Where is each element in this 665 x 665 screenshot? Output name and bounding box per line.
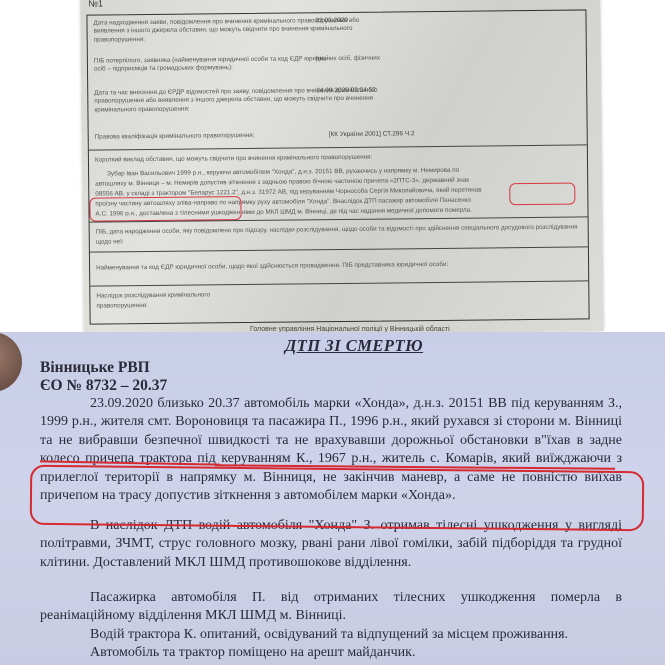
form-divider (90, 246, 588, 252)
form-divider (89, 144, 587, 150)
form-legal-entity-label: Найменування та код ЄДР юридичної особи,… (96, 259, 581, 274)
form-table: Дата надходження заяви, повідомлення про… (86, 9, 589, 324)
form-value-erdr-date: 24.09.2020 09:24:52 (316, 87, 376, 95)
form-value-received-date: 23.09.2020 (315, 17, 348, 24)
form-value-qualification: [КК України 2001] СТ.286 Ч.2 (329, 130, 415, 138)
bulletin-paragraph-passenger-death: Пасажирка автомобіля П. від отриманих ті… (40, 589, 622, 626)
red-annotation-oval-left (89, 196, 241, 222)
form-summary-label: Короткий виклад обставин, що можуть свід… (95, 151, 580, 166)
form-number: №1 (88, 0, 103, 9)
form-photo: №1 Дата надходження заяви, повідомлення … (0, 0, 665, 330)
bulletin-paragraph-vehicles-impounded: Автомобіль та трактор поміщено на арешт … (40, 644, 622, 662)
form-suspect-label: ПІБ, дата народження особи, яку повідомл… (96, 223, 581, 247)
bulletin-case-number: ЄО № 8732 – 20.37 (40, 377, 167, 395)
bulletin-paragraph-tractor-driver: Водій трактора К. опитаний, освідуваний … (40, 626, 622, 644)
bulletin-title: ДТП ЗІ СМЕРТЮ (285, 336, 423, 356)
police-bulletin: ДТП ЗІ СМЕРТЮ Вінницьке РВП ЄО № 8732 – … (0, 332, 665, 665)
erdr-form-paper: №1 Дата надходження заяви, повідомлення … (80, 0, 604, 337)
finger-shadow (0, 332, 22, 392)
form-divider (90, 280, 588, 286)
red-annotation-oval-right (509, 183, 575, 206)
form-value-victim: Інші (316, 55, 328, 62)
form-result-label: Наслідок розслідування кримінального пра… (96, 290, 236, 310)
red-annotation-loop (30, 465, 645, 531)
form-label-victim: ПІБ потерпілого, заявника (найменування … (94, 55, 384, 75)
bulletin-department: Вінницьке РВП (40, 359, 150, 377)
